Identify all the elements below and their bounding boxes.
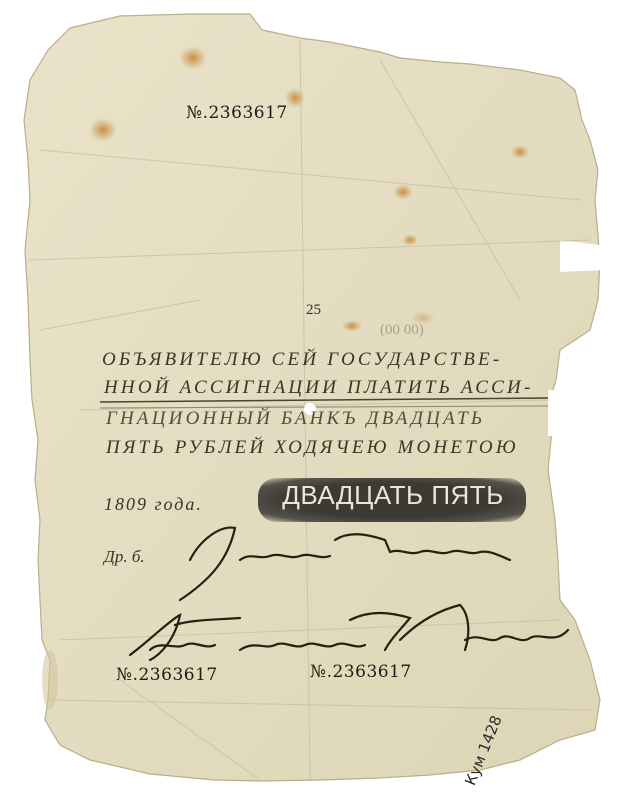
body-line-3: гнационный банкъ двадцать bbox=[106, 408, 485, 430]
body-line-2: нной ассигнации платить асси- bbox=[104, 377, 534, 399]
body-line-4: пять рублей ходячею монетою bbox=[106, 437, 519, 459]
year-text: 1809 года. bbox=[104, 494, 203, 515]
serial-number-bottom-right: №.2363617 bbox=[310, 662, 412, 682]
banknote: №.2363617 25 (00 00) Объявителю сей госу… bbox=[0, 0, 621, 800]
faint-watermark-text: (00 00) bbox=[380, 322, 424, 339]
body-line-1: Объявителю сей государстве- bbox=[102, 349, 502, 371]
serial-number-top: №.2363617 bbox=[186, 103, 288, 123]
denomination-numeral: 25 bbox=[306, 302, 321, 319]
serial-number-bottom-left: №.2363617 bbox=[116, 665, 218, 685]
signature-label: Др. б. bbox=[104, 547, 145, 567]
denomination-stamp-text: ДВАДЦАТЬ ПЯТЬ bbox=[268, 480, 518, 511]
